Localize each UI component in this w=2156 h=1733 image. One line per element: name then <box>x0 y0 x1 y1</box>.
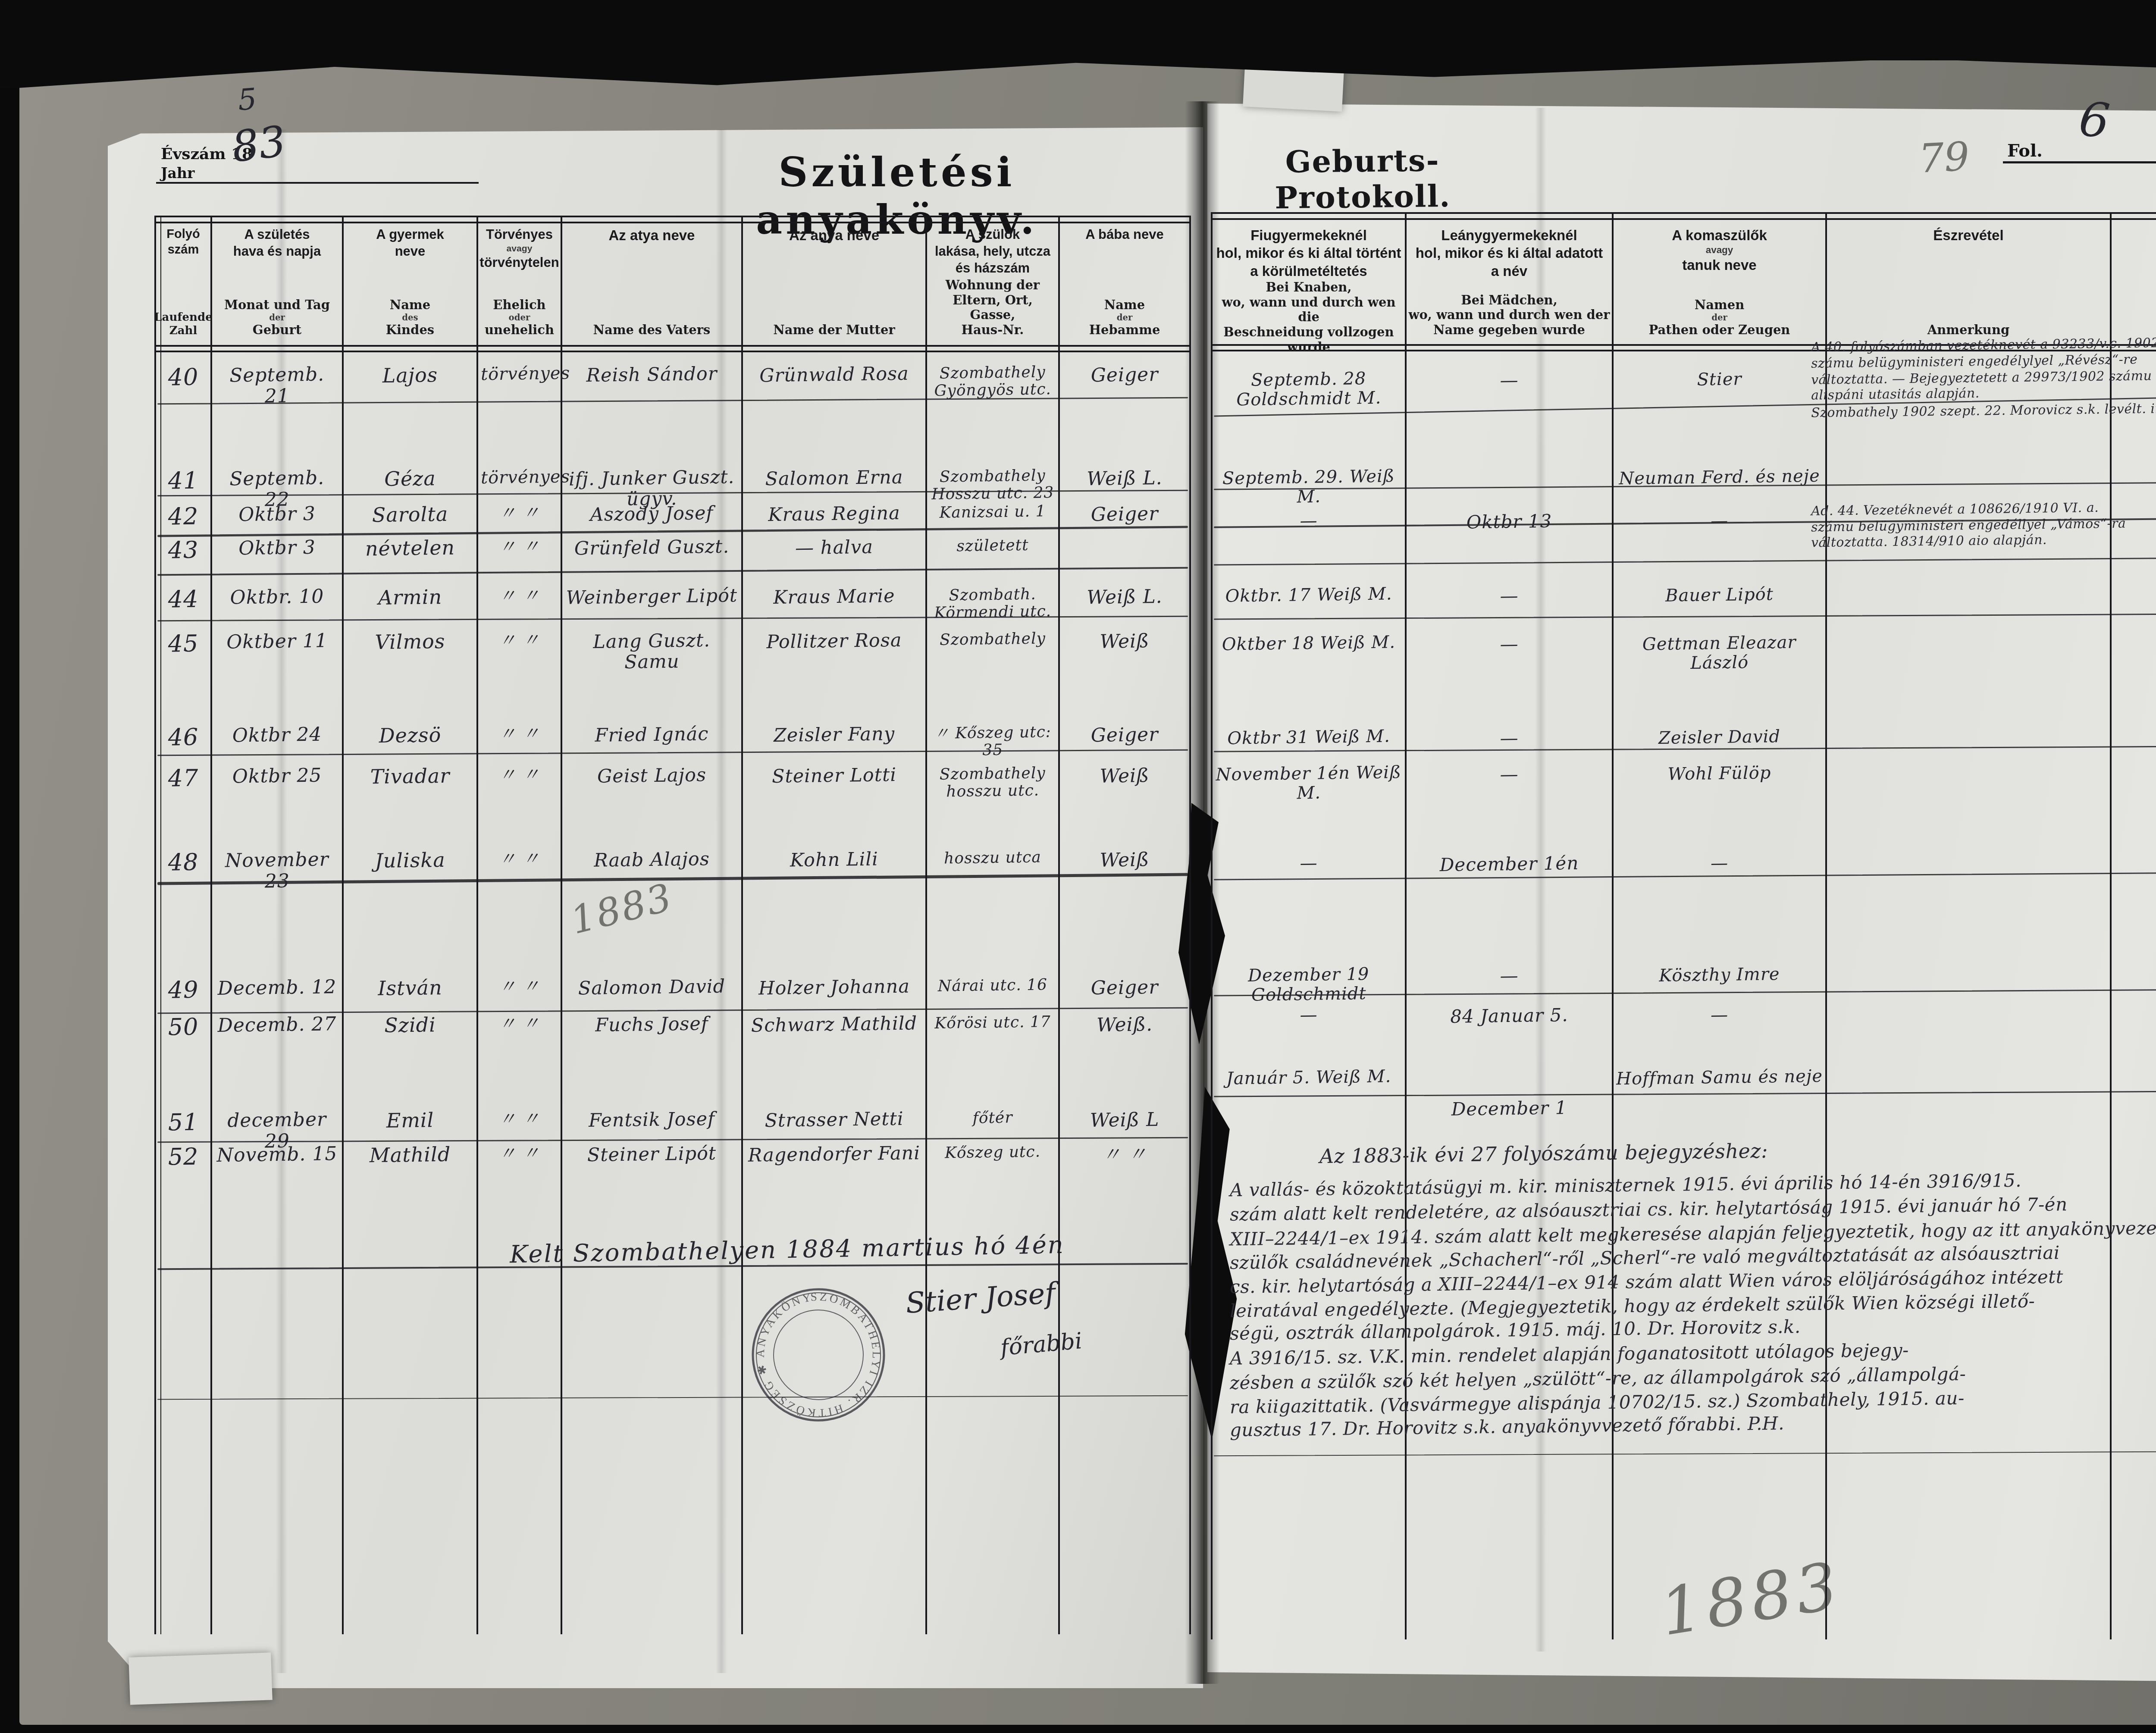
entry-43-birth: Oktbr 3 <box>215 536 340 559</box>
entry-52-naming: December 1 <box>1409 1097 1610 1120</box>
entry-46-father: Fried Ignác <box>565 723 739 746</box>
entry-41-mother: Salomon Erna <box>746 467 923 490</box>
entry-51-child: Emil <box>346 1109 474 1133</box>
entry-45-legitimacy: 〃 〃 <box>481 630 558 651</box>
entry-41-witnesses: Neuman Ferd. és neje <box>1616 467 1823 489</box>
entry-49-legitimacy: 〃 〃 <box>481 977 558 997</box>
entry-42-circumcision: — <box>1215 510 1403 532</box>
entry-48-circumcision: — <box>1215 852 1403 874</box>
scanned-birth-register: Évszám 18 Jahr 83 5 79 Fol. 6 Születési … <box>0 0 2156 1733</box>
header-de-midwife: NamederHebamme <box>1089 298 1160 338</box>
column-line <box>1211 212 1213 1639</box>
header-de-legitimacy: Ehelichoderunehelich <box>485 298 554 338</box>
folio-label: Fol. <box>2007 141 2043 161</box>
folio-handwritten: 6 <box>2077 91 2112 149</box>
column-line <box>925 216 927 1634</box>
entry-49-father: Salomon David <box>565 976 739 999</box>
entry-50-midwife: Weiß. <box>1062 1013 1187 1036</box>
entry-50-birth: Decemb. 27 <box>215 1013 340 1036</box>
column-line <box>1825 212 1827 1639</box>
paper-crease <box>276 129 287 1673</box>
table-rule <box>155 345 1190 347</box>
column-header-num: FolyószámLaufendeZahl <box>158 226 209 338</box>
entry-50-mother: Schwarz Mathild <box>746 1013 923 1036</box>
entry-52-mother: Ragendorfer Fani <box>746 1143 923 1166</box>
column-line <box>741 216 743 1634</box>
column-line <box>561 216 562 1634</box>
header-de-mother: Name der Mutter <box>773 323 895 338</box>
entry-49-num: 49 <box>159 977 208 1003</box>
column-header-naming: Leánygyermekeknélhol, mikor és ki által … <box>1408 226 1610 338</box>
column-header-legitimacy: TörvényesavagytörvénytelenEhelichoderune… <box>480 226 559 338</box>
entry-48-child: Juliska <box>346 849 474 873</box>
entry-42-mother: Kraus Regina <box>746 502 923 526</box>
column-line <box>160 216 161 1634</box>
entry-45-birth: Oktber 11 <box>215 630 340 653</box>
entry-51-witnesses: Hoffman Samu és neje <box>1616 1067 1823 1089</box>
entry-51-num: 51 <box>159 1109 208 1136</box>
entry-45-father: Lang Guszt. Samu <box>564 630 739 674</box>
entry-41-legitimacy: törvényes <box>481 467 558 488</box>
entry-48-birth: November 23 <box>214 849 339 893</box>
entry-49-witnesses: Köszthy Imre <box>1616 964 1823 986</box>
header-hu-midwife: A bába neve <box>1085 226 1163 243</box>
entry-43-father: Grünfeld Guszt. <box>565 536 739 559</box>
entry-52-residence: Kőszeg utc. <box>930 1143 1056 1162</box>
entry-42-father: Aszody Josef <box>565 502 739 526</box>
entry-48-num: 48 <box>159 849 208 876</box>
entry-49-birth: Decemb. 12 <box>215 976 340 999</box>
entry-45-witnesses: Gettman Eleazar László <box>1616 633 1823 674</box>
remark-entry-44-line: változtatta. 18314/910 aio alapján. <box>1811 533 2047 551</box>
entry-41-child: Géza <box>346 467 474 491</box>
page-number-pencil: 79 <box>1918 133 1971 182</box>
entry-41-circumcision: Septemb. 29. Weiß M. <box>1215 467 1402 508</box>
header-hu-num: Folyószám <box>166 226 200 258</box>
entry-46-witnesses: Zeisler David <box>1616 727 1823 749</box>
entry-44-num: 44 <box>159 586 208 613</box>
entry-48-midwife: Weiß <box>1062 849 1187 871</box>
entry-43-mother: — halva <box>746 536 923 559</box>
svg-text:SZOMBATHELYI IZR. HITKÖZSÉG ✱: SZOMBATHELYI IZR. HITKÖZSÉG ✱ ANYAKÖNYVI… <box>736 1272 892 1430</box>
entry-44-birth: Oktbr. 10 <box>215 586 340 608</box>
entry-42-residence: Kanizsai u. 1 <box>930 503 1056 522</box>
entry-51-mother: Strasser Netti <box>746 1108 923 1131</box>
entry-40-naming: — <box>1409 369 1610 392</box>
entry-51-residence: főtér <box>930 1109 1056 1128</box>
entry-52-num: 52 <box>159 1144 208 1170</box>
entry-45-residence: Szombathely <box>930 630 1056 649</box>
header-hu-circumcision: Fiugyermekeknélhol, mikor és ki által tö… <box>1216 226 1401 280</box>
entry-50-naming: 84 Januar 5. <box>1409 1004 1610 1028</box>
entry-48-witnesses: — <box>1616 852 1823 874</box>
entry-48-naming: December 1én <box>1409 852 1610 876</box>
entry-47-num: 47 <box>159 765 208 792</box>
header-hu-child: A gyermekneve <box>376 226 444 260</box>
entry-44-circumcision: Oktbr. 17 Weiß M. <box>1215 584 1403 606</box>
entry-50-witnesses: — <box>1616 1004 1823 1026</box>
entry-47-mother: Steiner Lotti <box>746 764 923 787</box>
entry-44-midwife: Weiß L. <box>1062 586 1187 608</box>
entry-43-legitimacy: 〃 〃 <box>481 537 558 557</box>
entry-46-mother: Zeisler Fany <box>746 723 923 746</box>
column-header-mother: Az anya neveName der Mutter <box>745 226 924 338</box>
entry-47-midwife: Weiß <box>1062 765 1187 787</box>
entry-50-num: 50 <box>159 1014 208 1040</box>
entry-44-residence: Szombath. Körmendi utc. <box>929 586 1056 622</box>
entry-44-legitimacy: 〃 〃 <box>481 586 558 606</box>
year-handwritten: 83 <box>229 117 289 172</box>
column-header-birth: A születéshava és napjaMonat und TagderG… <box>214 226 340 338</box>
column-line <box>154 216 156 1634</box>
entry-41-residence: Szombathely Hosszu utc. 23 <box>929 467 1056 504</box>
torn-paper-flap <box>128 1652 273 1705</box>
column-line <box>2110 212 2112 1639</box>
entry-42-naming: Oktbr 13 <box>1409 510 1610 533</box>
entry-40-mother: Grünwald Rosa <box>746 363 923 386</box>
entry-51-legitimacy: 〃 〃 <box>481 1109 558 1129</box>
column-line <box>476 216 478 1634</box>
column-header-remark: ÉszrevételAnmerkung <box>1829 226 2108 338</box>
year-label-de: Jahr <box>161 165 194 182</box>
entry-44-naming: — <box>1409 584 1610 608</box>
entry-51-father: Fentsik Josef <box>565 1108 739 1131</box>
entry-49-child: István <box>346 976 474 1000</box>
entry-50-child: Szidi <box>346 1013 474 1037</box>
entry-41-num: 41 <box>159 467 208 494</box>
header-hu-remark: Észrevétel <box>1933 226 2003 244</box>
entry-43-residence: született <box>930 536 1056 555</box>
column-header-midwife: A bába neveNamederHebamme <box>1062 226 1188 338</box>
header-de-naming: Bei Mädchen,wo, wann und durch wen derNa… <box>1408 293 1610 338</box>
entry-46-naming: — <box>1409 727 1610 750</box>
entry-42-witnesses: — <box>1616 510 1823 532</box>
column-header-residence: A szülöklakása, hely, utczaés házszámWoh… <box>929 226 1056 338</box>
entry-44-child: Armin <box>346 586 474 610</box>
entry-45-circumcision: Oktber 18 Weiß M. <box>1215 633 1403 655</box>
entry-46-child: Dezsö <box>346 724 474 748</box>
column-header-child: A gyermekneveNamedesKindes <box>345 226 475 338</box>
entry-52-midwife: 〃 〃 <box>1062 1143 1187 1166</box>
column-header-died: MeghaltGestorben <box>2113 226 2156 338</box>
entry-49-naming: — <box>1409 964 1610 987</box>
entry-43-num: 43 <box>159 537 208 564</box>
column-line <box>1058 216 1060 1634</box>
entry-42-midwife: Geiger <box>1062 503 1187 526</box>
header-de-father: Name des Vaters <box>593 323 711 338</box>
column-line <box>342 216 344 1634</box>
entry-45-naming: — <box>1409 633 1610 656</box>
entry-42-legitimacy: 〃 〃 <box>481 503 558 523</box>
header-de-witnesses: NamenderPathen oder Zeugen <box>1649 298 1790 338</box>
header-hu-birth: A születéshava és napja <box>233 226 321 260</box>
paper-crease <box>716 129 727 1673</box>
entry-49-residence: Nárai utc. 16 <box>930 976 1056 995</box>
entry-44-witnesses: Bauer Lipót <box>1616 584 1823 606</box>
entry-44-mother: Kraus Marie <box>746 585 923 608</box>
header-hu-naming: Leánygyermekeknélhol, mikor és ki által … <box>1416 226 1603 280</box>
entry-47-legitimacy: 〃 〃 <box>481 765 558 785</box>
entry-45-child: Vilmos <box>346 630 474 654</box>
entry-48-residence: hosszu utca <box>930 849 1056 868</box>
table-rule <box>1212 218 2156 220</box>
entry-40-circumcision: Septemb. 28 Goldschmidt M. <box>1215 369 1402 410</box>
entry-42-birth: Oktbr 3 <box>215 503 340 526</box>
entry-40-residence: Szombathely Gyöngyös utc. <box>929 364 1056 400</box>
entry-40-witnesses: Stier <box>1616 369 1823 391</box>
entry-42-child: Sarolta <box>346 503 474 527</box>
entry-45-mother: Pollitzer Rosa <box>746 630 923 653</box>
header-de-birth: Monat und TagderGeburt <box>224 298 330 338</box>
entry-41-midwife: Weiß L. <box>1062 467 1187 490</box>
official-stamp: SZOMBATHELYI IZR. HITKÖZSÉG ✱ ANYAKÖNYVI… <box>736 1272 901 1438</box>
entry-46-birth: Oktbr 24 <box>215 724 340 746</box>
entry-40-legitimacy: törvényes <box>481 364 558 384</box>
folio-underline <box>2003 161 2156 163</box>
entry-47-naming: — <box>1409 763 1610 786</box>
year-underline <box>156 182 479 184</box>
entry-46-legitimacy: 〃 〃 <box>481 724 558 744</box>
header-hu-mother: Az anya neve <box>789 226 879 244</box>
entry-46-midwife: Geiger <box>1062 724 1187 746</box>
header-hu-witnesses: A komaszülőkavagytanuk neve <box>1672 226 1767 274</box>
entry-50-circumcision: — <box>1215 1004 1403 1026</box>
entry-49-midwife: Geiger <box>1062 976 1187 999</box>
header-de-child: NamedesKindes <box>386 298 434 338</box>
column-header-witnesses: A komaszülőkavagytanuk neveNamenderPathe… <box>1615 226 1824 338</box>
table-rule <box>155 351 1190 352</box>
entry-47-birth: Oktbr 25 <box>215 765 340 787</box>
entry-40-midwife: Geiger <box>1062 364 1187 386</box>
entry-50-residence: Kőrösi utc. 17 <box>930 1013 1056 1032</box>
entry-42-num: 42 <box>159 503 208 530</box>
header-de-num: LaufendeZahl <box>154 311 212 338</box>
entry-46-circumcision: Oktbr 31 Weiß M. <box>1215 727 1403 749</box>
entry-52-father: Steiner Lipót <box>565 1143 739 1166</box>
entry-51-circumcision: Január 5. Weiß M. <box>1215 1067 1403 1089</box>
entry-48-mother: Kohn Lili <box>746 848 923 871</box>
entry-52-birth: Novemb. 15 <box>215 1143 340 1166</box>
table-rule <box>155 216 1190 217</box>
page-title-german: Geburts-Protokoll. <box>1220 142 1505 216</box>
entry-50-father: Fuchs Josef <box>565 1013 739 1036</box>
entry-46-residence: 〃 Kőszeg utc: 35 <box>929 724 1056 760</box>
entry-49-circumcision: Dezember 19 Goldschmidt <box>1215 964 1402 1006</box>
entry-44-father: Weinberger Lipót <box>565 585 739 608</box>
entry-40-child: Lajos <box>346 364 474 388</box>
header-hu-father: Az atya neve <box>609 226 695 244</box>
entry-47-witnesses: Wohl Fülöp <box>1616 763 1823 785</box>
corner-number-handwritten: 5 <box>237 82 258 118</box>
table-rule <box>1212 212 2156 214</box>
entry-47-residence: Szombathely hosszu utc. <box>929 765 1056 801</box>
header-hu-residence: A szülöklakása, hely, utczaés házszám <box>935 226 1050 276</box>
entry-45-num: 45 <box>159 630 208 657</box>
header-de-residence: Wohnung derEltern, Ort, Gasse,Haus-Nr. <box>929 278 1056 338</box>
header-de-circumcision: Bei Knaben,wo, wann und durch wen dieBes… <box>1214 280 1403 355</box>
entry-47-child: Tivadar <box>346 765 474 789</box>
entry-40-birth: Septemb. 21 <box>214 364 339 408</box>
column-header-father: Az atya neveName des Vaters <box>564 226 740 338</box>
entry-51-midwife: Weiß L <box>1062 1109 1187 1131</box>
entry-43-child: névtelen <box>346 536 474 561</box>
entry-47-father: Geist Lajos <box>565 764 739 787</box>
entry-40-father: Reish Sándor <box>565 363 739 386</box>
column-header-circumcision: Fiugyermekeknélhol, mikor és ki által tö… <box>1214 226 1403 338</box>
entry-48-legitimacy: 〃 〃 <box>481 849 558 869</box>
entry-46-num: 46 <box>159 724 208 751</box>
entry-48-father: Raab Alajos <box>565 848 739 871</box>
column-line <box>1189 216 1191 1634</box>
entry-40-num: 40 <box>159 364 208 391</box>
entry-52-legitimacy: 〃 〃 <box>481 1144 558 1164</box>
entry-47-circumcision: November 1én Weiß M. <box>1215 763 1402 804</box>
entry-52-child: Mathild <box>346 1143 474 1167</box>
entry-50-legitimacy: 〃 〃 <box>481 1014 558 1034</box>
header-de-remark: Anmerkung <box>1927 323 2010 338</box>
column-line <box>210 216 212 1634</box>
remark-entry-40-line: alispáni utasitás alapján. <box>1811 386 1980 403</box>
entry-45-midwife: Weiß <box>1062 630 1187 653</box>
table-rule <box>155 222 1190 223</box>
entry-49-mother: Holzer Johanna <box>746 976 923 999</box>
header-hu-legitimacy: Törvényesavagytörvénytelen <box>479 226 559 271</box>
